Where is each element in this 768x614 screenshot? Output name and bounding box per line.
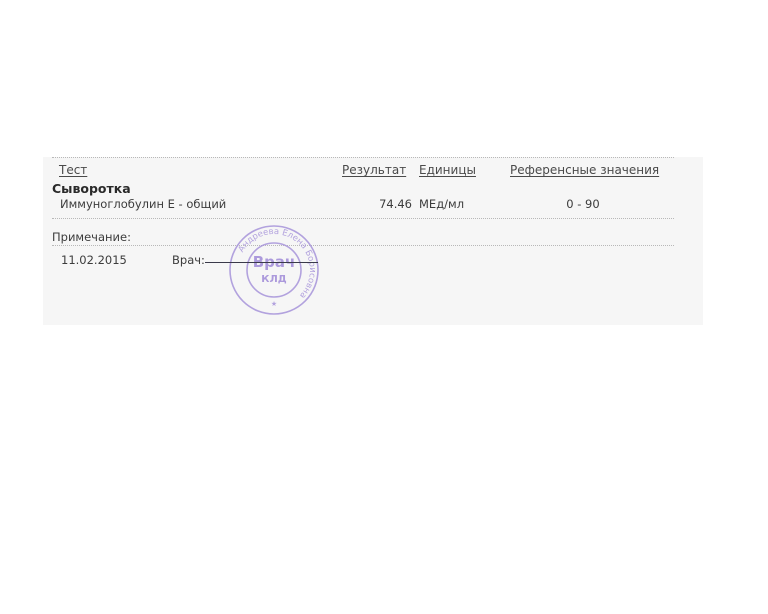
test-name: Иммуноглобулин Е - общий — [60, 197, 226, 211]
doctor-stamp: Андреева Елена Борисовна Врач КЛД ★ — [228, 224, 320, 316]
test-reference-range: 0 - 90 — [540, 197, 626, 211]
top-divider — [52, 157, 674, 158]
column-header-result: Результат — [342, 163, 406, 177]
row-divider — [52, 218, 674, 219]
stamp-subtitle: КЛД — [261, 274, 286, 285]
note-label: Примечание: — [52, 230, 131, 244]
doctor-label: Врач: — [172, 253, 205, 267]
test-units: МЕд/мл — [419, 197, 464, 211]
note-divider — [52, 245, 674, 246]
results-sheet — [43, 157, 703, 325]
column-header-units: Единицы — [419, 163, 476, 177]
column-header-test: Тест — [59, 163, 87, 177]
test-result: 74.46 — [360, 197, 412, 211]
sample-group-label: Сыворотка — [52, 181, 131, 196]
stamp-star-icon: ★ — [271, 300, 277, 308]
column-header-reference: Референсные значения — [510, 163, 659, 177]
report-date: 11.02.2015 — [61, 253, 127, 267]
doctor-signature-line — [205, 262, 318, 263]
